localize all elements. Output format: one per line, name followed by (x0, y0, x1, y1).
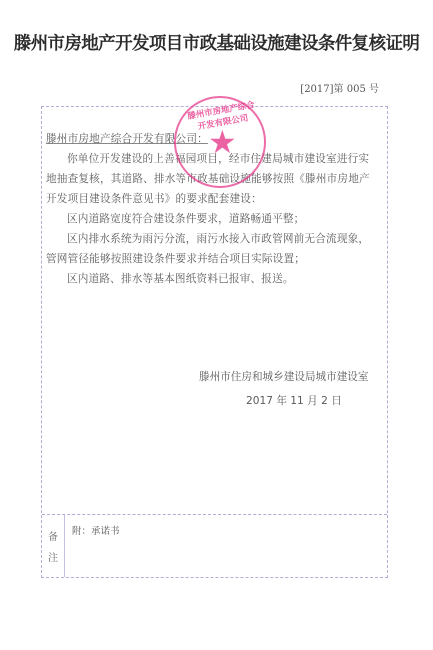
paragraph-line: 区内排水系统为雨污分流，雨污水接入市政管网前无合流现象， (46, 230, 369, 250)
document-title: 滕州市房地产开发项目市政基础设施建设条件复核证明 (0, 30, 433, 55)
notes-label-char: 注 (48, 549, 58, 564)
paragraph-line: 区内道路宽度符合建设条件要求，道路畅通平整； (46, 210, 304, 230)
paragraph-line: 区内道路、排水等基本图纸资料已报审、报送。 (46, 270, 294, 290)
paragraph-line: 开发项目建设条件意见书》的要求配套建设： (46, 190, 262, 210)
notes-label-char: 备 (48, 528, 58, 543)
star-icon: ★ (208, 126, 237, 158)
notes-label: 备 注 (42, 515, 65, 577)
issue-date: 2017 年 11 月 2 日 (246, 393, 342, 408)
paragraph-line: 管网管径能够按照建设条件要求并结合项目实际设置； (46, 250, 305, 270)
issuer-name: 滕州市住房和城乡建设局城市建设室 (199, 369, 369, 384)
notes-content: 附：承诺书 (72, 523, 120, 537)
notes-section: 备 注 附：承诺书 (42, 514, 387, 577)
document-number: [2017]第 005 号 (300, 80, 379, 95)
official-seal: 滕州市房地产综合开发有限公司 ★ (174, 96, 266, 188)
